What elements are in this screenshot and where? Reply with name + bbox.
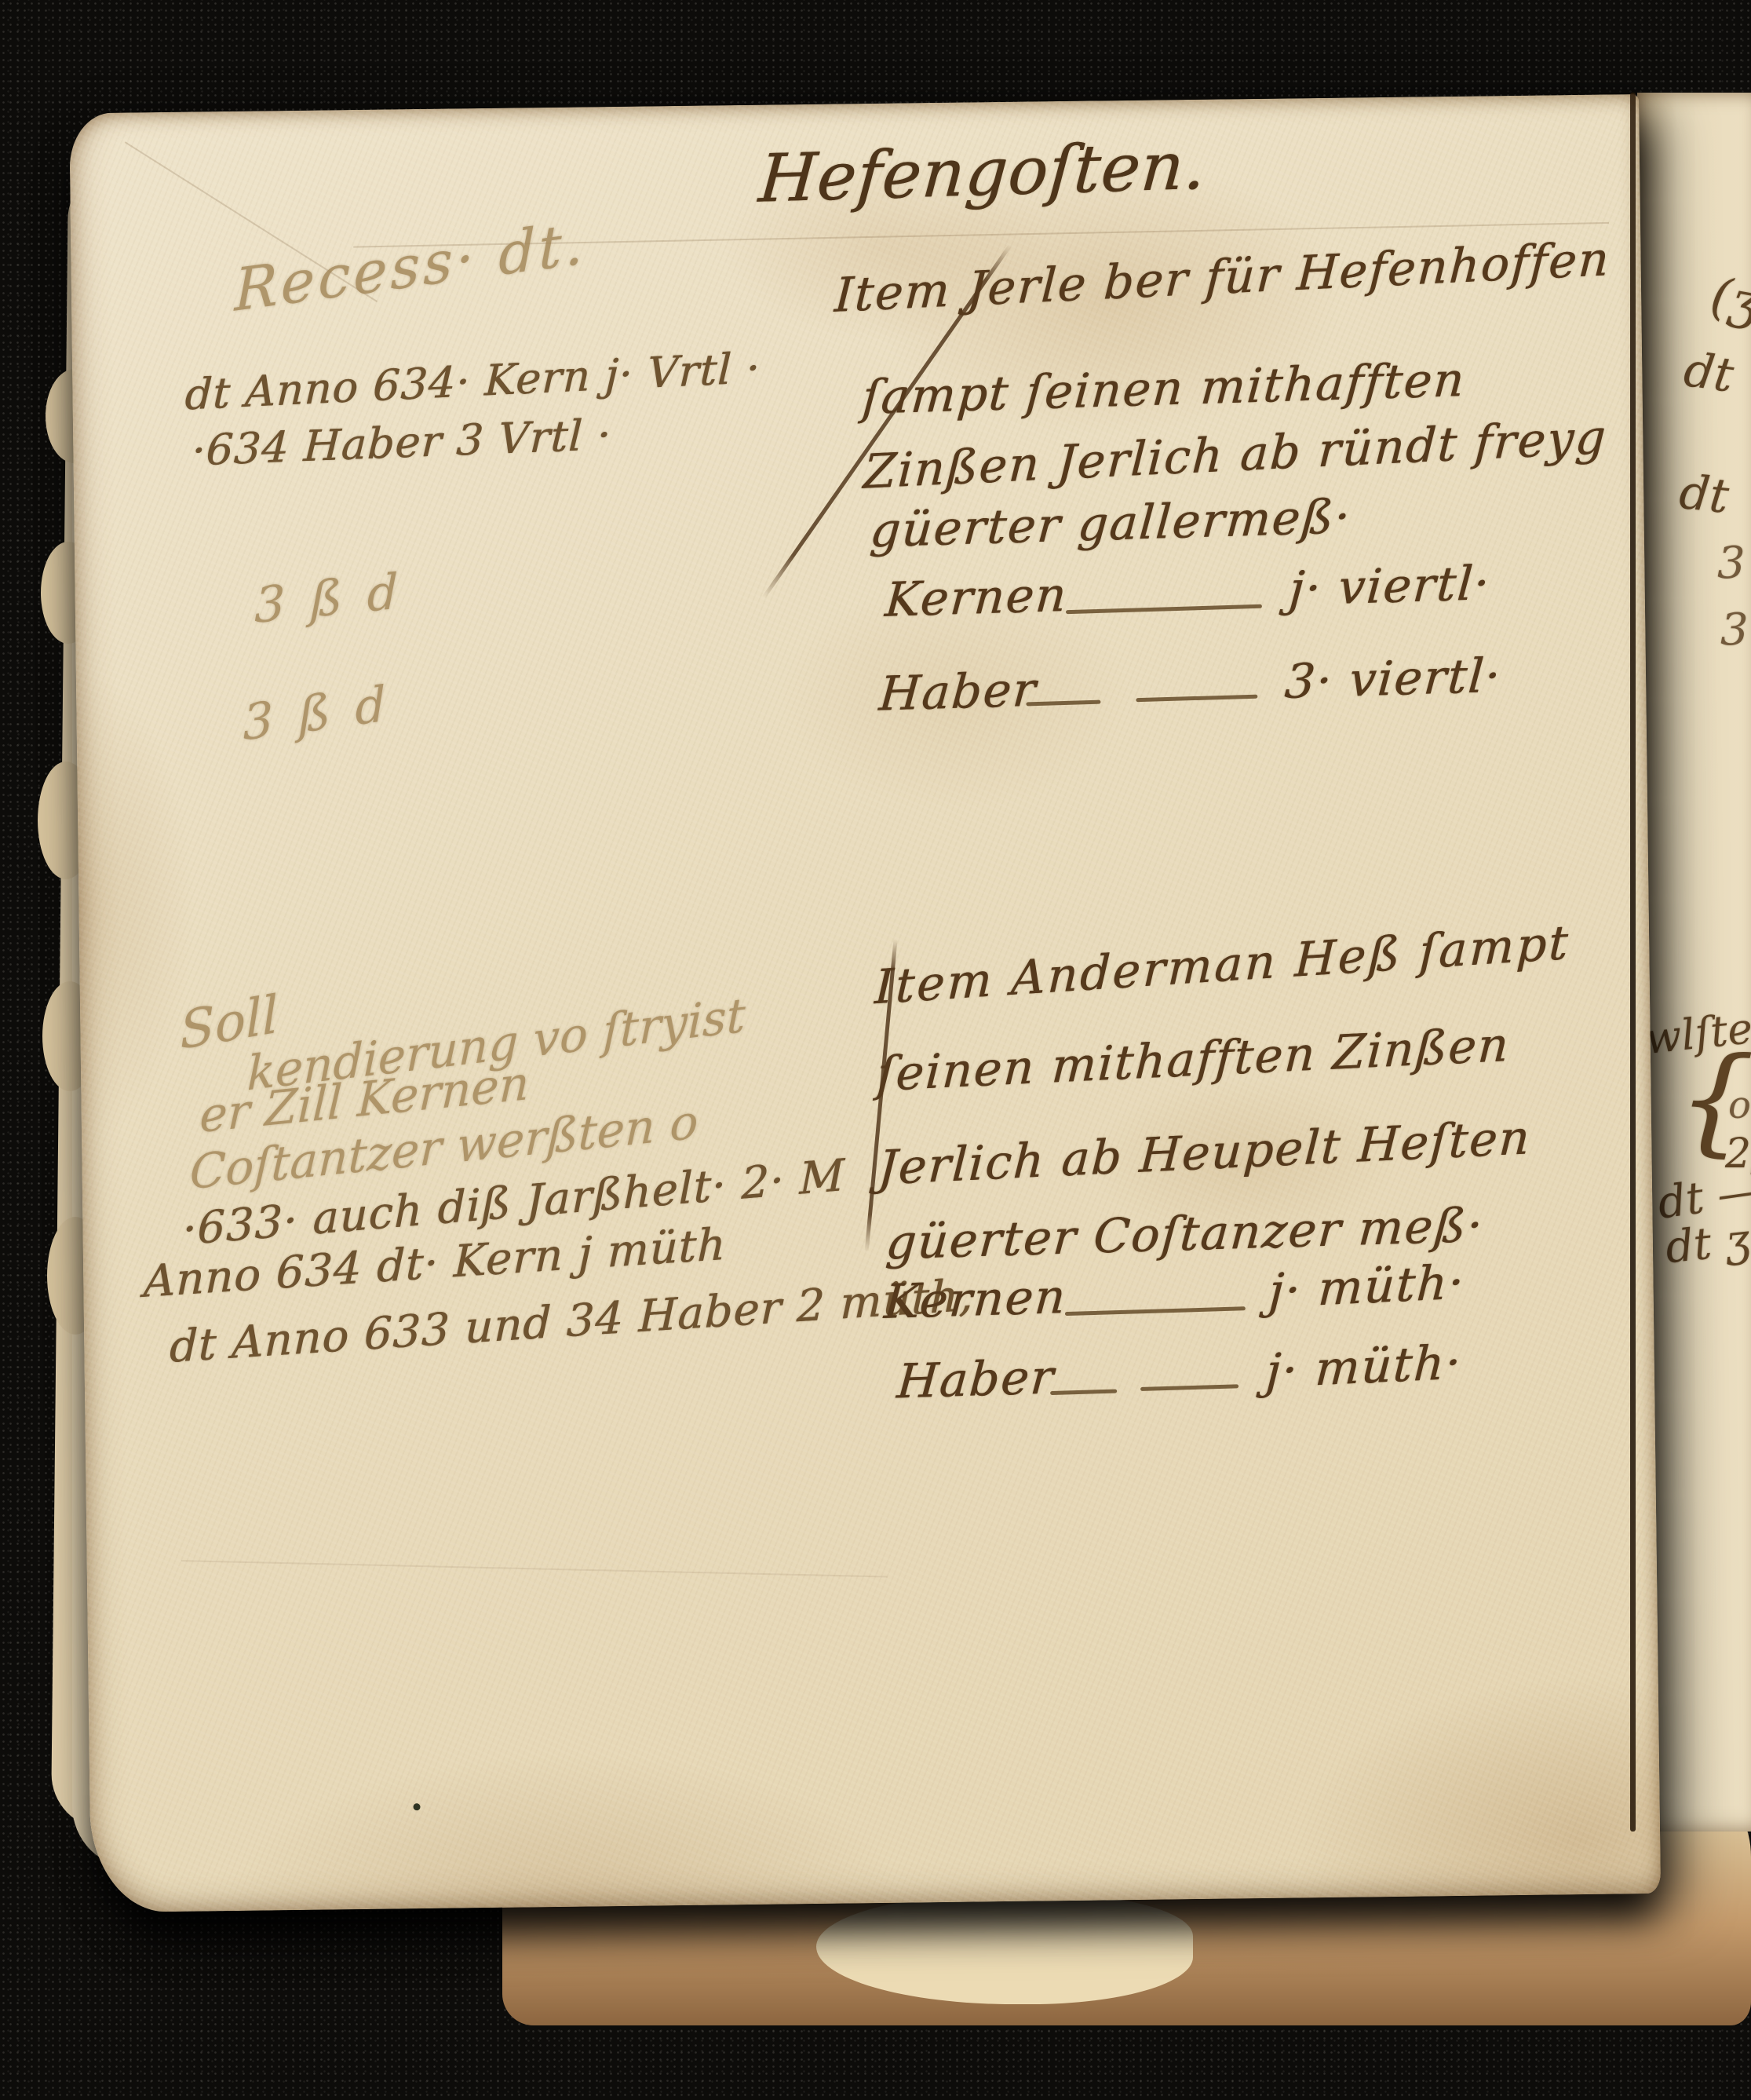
ledger-dash-line (1050, 1390, 1117, 1396)
ledger-dash-line (1066, 604, 1262, 614)
margin-note-line: ·634 Haber 3 Vrtl · (191, 410, 613, 476)
ledger-dash-line (1140, 1384, 1238, 1391)
entry2-line: Jerlich ab Heupelt Heſten (877, 1110, 1532, 1196)
book-gutter-seam (1630, 93, 1636, 1832)
ledger-dash-line (1136, 695, 1257, 703)
entry1-line: Zinßen Jerlich ab ründt freyg (862, 410, 1608, 500)
ledger-row-label: Haber (877, 663, 1039, 722)
facing-text-fragment: dt ʒ (1663, 1214, 1751, 1274)
page-title: Hefengoſten. (757, 127, 1209, 217)
under-page-scrap (816, 1894, 1193, 2004)
margin-note-line: dt Anno 634· Kern j· Vrtl · (184, 343, 761, 420)
facing-text-fragment: dt (1680, 342, 1737, 404)
ledger-row-value: j· müth· (1264, 1335, 1464, 1399)
ledger-row-value: j· viertl· (1287, 556, 1493, 617)
ledger-dash-line (1065, 1306, 1246, 1316)
entry2-line: ſeinen mithafften Zinßen (875, 1017, 1511, 1102)
margin-amount: 3 ß d (254, 562, 403, 634)
manuscript-page: Hefengoſten. Recess· dt. dt Anno 634· Ke… (69, 94, 1661, 1912)
ledger-row-label: Kernen (882, 1269, 1068, 1330)
entry1-line: ſampt ſeinen mithafften (860, 352, 1467, 425)
margin-amount: 3 ß d (242, 674, 391, 752)
facing-text-fragment: (ʒ (1706, 267, 1751, 332)
facing-text-fragment: dt (1677, 465, 1732, 524)
facing-text-fragment: oc (1728, 1083, 1751, 1127)
margin-note-recess: Recess· dt. (234, 209, 586, 324)
ledger-row-value: 3· viertl· (1282, 648, 1503, 710)
ledger-dash-line (1026, 700, 1100, 707)
entry1-line: Item Jerle ber für Hefenhoffen (833, 232, 1611, 323)
entry1-line: güerter gallermeß· (868, 489, 1353, 558)
ledger-row-value: j· müth· (1268, 1255, 1467, 1319)
facing-text-fragment: 3 (1720, 604, 1749, 656)
ledger-row-label: Kernen (883, 568, 1069, 628)
facing-text-fragment: 3 (1717, 538, 1746, 589)
entry2-line: Item Anderman Heß ſampt (874, 915, 1571, 1016)
manuscript-photo: (ʒ dt dt 3 3 wlſte { oc 2ʒ dt — dt ʒ Hef… (0, 0, 1751, 2100)
ink-speck (413, 1803, 420, 1810)
ledger-row-label: Haber (895, 1349, 1056, 1409)
crease-line (181, 1560, 888, 1577)
